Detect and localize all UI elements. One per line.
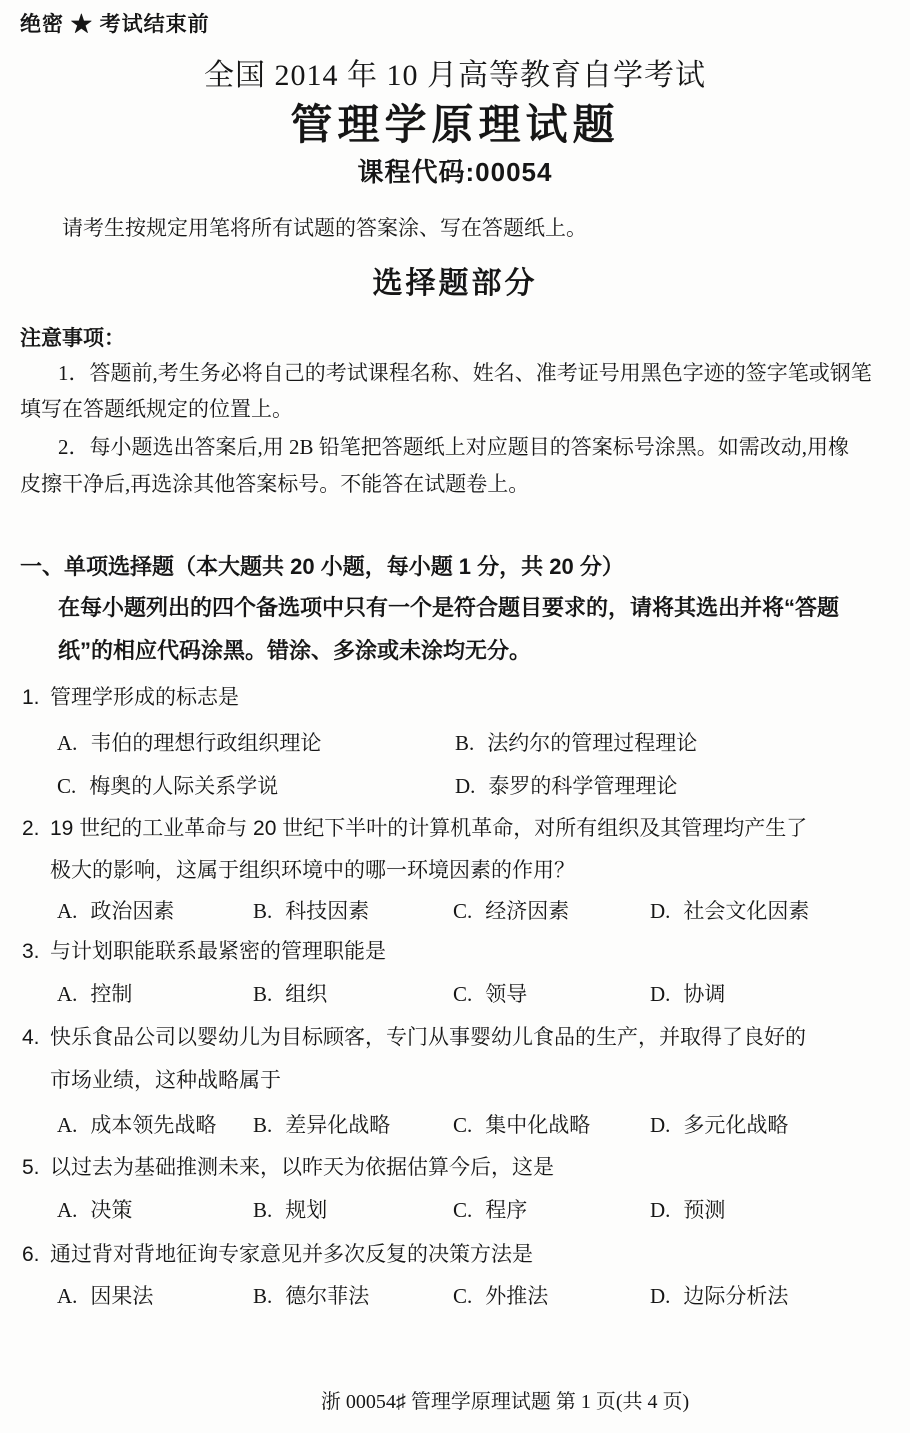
option-text: 程序 xyxy=(485,1198,527,1222)
section-note-line-1: 在每小题列出的四个备选项中只有一个是符合题目要求的，请将其选出并将“答题 xyxy=(58,591,890,622)
question-text: 19 世纪的工业革命与 20 世纪下半叶的计算机革命，对所有组织及其管理均产生了 xyxy=(50,817,807,840)
section-heading: 一、单项选择题（本大题共 20 小题，每小题 1 分，共 20 分） xyxy=(20,550,890,581)
option-d: D.边际分析法 xyxy=(650,1280,900,1310)
option-label: B. xyxy=(253,1113,272,1138)
question-text: 与计划职能联系最紧密的管理职能是 xyxy=(50,940,386,963)
option-c: C.领导 xyxy=(453,978,650,1008)
option-text: 边际分析法 xyxy=(683,1284,788,1308)
option-label: B. xyxy=(253,1198,272,1223)
option-label: C. xyxy=(453,1198,472,1223)
option-label: A. xyxy=(57,1113,77,1138)
option-a: A.成本领先战略 xyxy=(57,1109,253,1139)
exam-paper-page: 绝密 ★ 考试结束前 全国 2014 年 10 月高等教育自学考试 管理学原理试… xyxy=(0,0,910,1433)
option-c: C.梅奥的人际关系学说 xyxy=(57,770,455,800)
option-a: A.决策 xyxy=(57,1194,253,1224)
option-text: 梅奥的人际关系学说 xyxy=(89,774,278,798)
question-5-options: A.决策 B.规划 C.程序 D.预测 xyxy=(57,1194,900,1224)
option-d: D.预测 xyxy=(650,1194,900,1224)
question-text: 以过去为基础推测未来，以昨天为依据估算今后，这是 xyxy=(50,1156,554,1179)
option-text: 多元化战略 xyxy=(683,1113,788,1137)
option-d: D.社会文化因素 xyxy=(650,895,900,925)
option-text: 科技因素 xyxy=(285,899,369,923)
question-number: 4. xyxy=(22,1026,50,1050)
option-label: D. xyxy=(650,899,670,924)
question-3: 3.与计划职能联系最紧密的管理职能是 xyxy=(20,935,890,965)
question-4: 4.快乐食品公司以婴幼儿为目标顾客，专门从事婴幼儿食品的生产，并取得了良好的 xyxy=(20,1021,890,1051)
question-4-continued: 市场业绩，这种战略属于 xyxy=(20,1064,890,1094)
question-number: 3. xyxy=(22,940,50,964)
option-text: 外推法 xyxy=(485,1284,548,1308)
option-label: C. xyxy=(453,899,472,924)
option-text: 泰罗的科学管理理论 xyxy=(488,774,677,798)
option-text: 决策 xyxy=(90,1198,132,1222)
question-2-options: A.政治因素 B.科技因素 C.经济因素 D.社会文化因素 xyxy=(57,895,900,925)
option-c: C.集中化战略 xyxy=(453,1109,650,1139)
option-b: B.科技因素 xyxy=(253,895,453,925)
classification-banner: 绝密 ★ 考试结束前 xyxy=(20,8,890,38)
option-text: 社会文化因素 xyxy=(683,899,809,923)
option-label: D. xyxy=(650,982,670,1007)
option-text: 预测 xyxy=(683,1198,725,1222)
option-b: B.差异化战略 xyxy=(253,1109,453,1139)
option-label: D. xyxy=(455,774,475,799)
question-number: 5. xyxy=(22,1156,50,1180)
question-5: 5.以过去为基础推测未来，以昨天为依据估算今后，这是 xyxy=(20,1151,890,1181)
option-label: D. xyxy=(650,1284,670,1309)
page-title: 管理学原理试题 xyxy=(20,92,890,152)
option-a: A.因果法 xyxy=(57,1280,253,1310)
option-d: D.泰罗的科学管理理论 xyxy=(455,770,900,800)
note-1-line-2: 填写在答题纸规定的位置上。 xyxy=(20,393,890,423)
option-a: A.政治因素 xyxy=(57,895,253,925)
option-label: B. xyxy=(253,982,272,1007)
option-d: D.协调 xyxy=(650,978,900,1008)
option-a: A.韦伯的理想行政组织理论 xyxy=(57,727,455,757)
part-title: 选择题部分 xyxy=(20,258,890,302)
option-label: A. xyxy=(57,1198,77,1223)
option-b: B.规划 xyxy=(253,1194,453,1224)
question-3-options: A.控制 B.组织 C.领导 D.协调 xyxy=(57,978,900,1008)
option-label: A. xyxy=(57,982,77,1007)
notes-title: 注意事项： xyxy=(20,322,890,352)
option-label: A. xyxy=(57,899,77,924)
option-text: 领导 xyxy=(485,982,527,1006)
question-6: 6.通过背对背地征询专家意见并多次反复的决策方法是 xyxy=(20,1238,890,1268)
question-text: 快乐食品公司以婴幼儿为目标顾客，专门从事婴幼儿食品的生产，并取得了良好的 xyxy=(50,1026,806,1049)
option-label: B. xyxy=(253,1284,272,1309)
option-b: B.德尔菲法 xyxy=(253,1280,453,1310)
option-text: 协调 xyxy=(683,982,725,1006)
question-text: 通过背对背地征询专家意见并多次反复的决策方法是 xyxy=(50,1243,533,1266)
question-number: 2. xyxy=(22,817,50,841)
option-c: C.程序 xyxy=(453,1194,650,1224)
option-text: 因果法 xyxy=(90,1284,153,1308)
exam-session-title: 全国 2014 年 10 月高等教育自学考试 xyxy=(20,50,890,94)
question-2: 2.19 世纪的工业革命与 20 世纪下半叶的计算机革命，对所有组织及其管理均产… xyxy=(20,812,890,842)
option-text: 控制 xyxy=(90,982,132,1006)
question-1-options-row-2: C.梅奥的人际关系学说 D.泰罗的科学管理理论 xyxy=(57,770,900,800)
option-label: D. xyxy=(650,1198,670,1223)
option-label: B. xyxy=(253,899,272,924)
option-text: 德尔菲法 xyxy=(285,1284,369,1308)
option-d: D.多元化战略 xyxy=(650,1109,900,1139)
option-text: 成本领先战略 xyxy=(90,1113,216,1137)
note-2-line-1: 2．每小题选出答案后,用 2B 铅笔把答题纸上对应题目的答案标号涂黑。如需改动,… xyxy=(58,431,890,461)
question-2-continued: 极大的影响，这属于组织环境中的哪一环境因素的作用？ xyxy=(20,854,890,884)
option-text: 规划 xyxy=(285,1198,327,1222)
question-6-options: A.因果法 B.德尔菲法 C.外推法 D.边际分析法 xyxy=(57,1280,900,1310)
question-number: 6. xyxy=(22,1243,50,1267)
option-label: A. xyxy=(57,731,77,756)
option-label: C. xyxy=(453,1284,472,1309)
page-footer: 浙 00054♯ 管理学原理试题 第 1 页(共 4 页) xyxy=(0,1385,910,1414)
option-label: B. xyxy=(455,731,474,756)
option-b: B.法约尔的管理过程理论 xyxy=(455,727,900,757)
question-4-options: A.成本领先战略 B.差异化战略 C.集中化战略 D.多元化战略 xyxy=(57,1109,900,1139)
option-text: 政治因素 xyxy=(90,899,174,923)
question-text: 管理学形成的标志是 xyxy=(50,686,239,709)
option-c: C.经济因素 xyxy=(453,895,650,925)
option-text: 经济因素 xyxy=(485,899,569,923)
course-code: 课程代码:00054 xyxy=(20,152,890,189)
option-text: 法约尔的管理过程理论 xyxy=(487,731,697,755)
answer-sheet-instruction: 请考生按规定用笔将所有试题的答案涂、写在答题纸上。 xyxy=(62,212,890,242)
question-1: 1.管理学形成的标志是 xyxy=(20,681,890,711)
option-c: C.外推法 xyxy=(453,1280,650,1310)
option-text: 集中化战略 xyxy=(485,1113,590,1137)
option-label: C. xyxy=(453,1113,472,1138)
question-1-options-row-1: A.韦伯的理想行政组织理论 B.法约尔的管理过程理论 xyxy=(57,727,900,757)
option-text: 组织 xyxy=(285,982,327,1006)
question-number: 1. xyxy=(22,686,50,710)
option-a: A.控制 xyxy=(57,978,253,1008)
option-text: 韦伯的理想行政组织理论 xyxy=(90,731,321,755)
option-label: A. xyxy=(57,1284,77,1309)
note-2-line-2: 皮擦干净后,再选涂其他答案标号。不能答在试题卷上。 xyxy=(20,468,890,498)
note-1-line-1: 1．答题前,考生务必将自己的考试课程名称、姓名、准考证号用黑色字迹的签字笔或钢笔 xyxy=(58,357,890,387)
option-label: C. xyxy=(453,982,472,1007)
option-text: 差异化战略 xyxy=(285,1113,390,1137)
option-label: C. xyxy=(57,774,76,799)
option-b: B.组织 xyxy=(253,978,453,1008)
section-note-line-2: 纸”的相应代码涂黑。错涂、多涂或未涂均无分。 xyxy=(58,634,890,665)
option-label: D. xyxy=(650,1113,670,1138)
